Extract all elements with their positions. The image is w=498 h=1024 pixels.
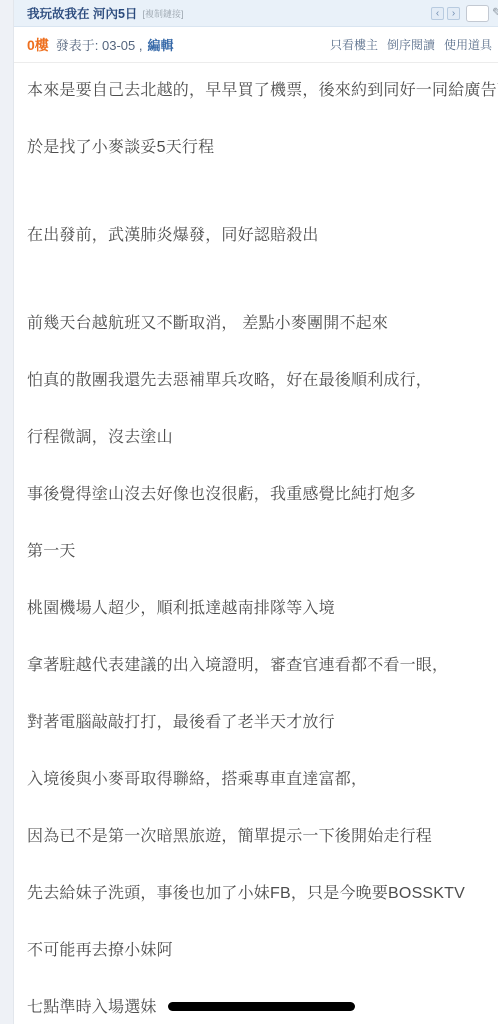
page-number-input[interactable]	[466, 5, 489, 22]
post-paragraph: 本來是要自己去北越的，早早買了機票，後來約到同好一同給廣告商帶	[27, 80, 489, 102]
post-paragraph: 桃園機場人超少，順利抵達越南排隊等入境	[27, 598, 489, 620]
thread-content: 我玩故我在 河內5日 [複制鏈接] ‹ › ✎ 0樓 發表于: 03-05 , …	[13, 0, 498, 1024]
floor-badge: 0樓	[27, 35, 49, 55]
edit-link[interactable]: 編輯	[148, 35, 174, 54]
post-paragraph: 怕真的散團我還先去惡補單兵攻略，好在最後順利成行，	[27, 370, 489, 392]
thread-title: 我玩故我在 河內5日	[27, 4, 137, 22]
post-paragraph: 因為已不是第一次暗黑旅遊，簡單提示一下後開始走行程	[27, 826, 489, 848]
post-paragraph: 前幾天台越航班又不斷取消， 差點小麥團開不起來	[27, 313, 489, 335]
pager: ‹ › ✎	[431, 0, 498, 26]
reverse-order-link[interactable]: 倒序閱讀	[387, 36, 435, 53]
post-paragraph: 在出發前，武漢肺炎爆發，同好認賠殺出	[27, 225, 489, 247]
post-meta-row: 0樓 發表于: 03-05 , 編輯 只看樓主 倒序閱讀 使用道具	[14, 27, 498, 63]
forum-page: { "colors": { "titlebar_bg": "#e9f1f9", …	[0, 0, 498, 1024]
copy-link[interactable]: [複制鏈接]	[142, 7, 183, 20]
post-paragraph: 行程微調，沒去塗山	[27, 427, 489, 449]
posted-date: 發表于: 03-05 ,	[56, 35, 143, 54]
prev-page-button[interactable]: ‹	[431, 7, 444, 20]
post-paragraph-text: 七點準時入場選妹	[27, 999, 157, 1016]
post-paragraph: 於是找了小麥談妥5天行程	[27, 137, 489, 159]
post-paragraph: 第一天	[27, 541, 489, 563]
post-paragraph: 拿著駐越代表建議的出入境證明，審查官連看都不看一眼，	[27, 655, 489, 677]
pencil-icon[interactable]: ✎	[492, 5, 498, 21]
meta-actions: 只看樓主 倒序閱讀 使用道具	[330, 27, 492, 62]
use-props-link[interactable]: 使用道具	[444, 36, 492, 53]
post-body: 本來是要自己去北越的，早早買了機票，後來約到同好一同給廣告商帶 於是找了小麥談妥…	[14, 63, 498, 1019]
post-paragraph: 入境後與小麥哥取得聯絡，搭乘專車直達富都，	[27, 769, 489, 791]
post-paragraph: 對著電腦敲敲打打，最後看了老半天才放行	[27, 712, 489, 734]
post-paragraph: 七點準時入場選妹	[27, 997, 489, 1019]
redaction-bar	[168, 1002, 355, 1011]
next-page-button[interactable]: ›	[447, 7, 460, 20]
post-paragraph: 不可能再去撩小妹阿	[27, 940, 489, 962]
post-paragraph: 先去給妹子洗頭，事後也加了小妹FB，只是今晚要BOSSKTV	[27, 883, 489, 905]
post-paragraph: 事後覺得塗山沒去好像也沒很虧，我重感覺比純打炮多	[27, 484, 489, 506]
view-author-only-link[interactable]: 只看樓主	[330, 36, 378, 53]
thread-title-bar: 我玩故我在 河內5日 [複制鏈接] ‹ › ✎	[14, 0, 498, 27]
